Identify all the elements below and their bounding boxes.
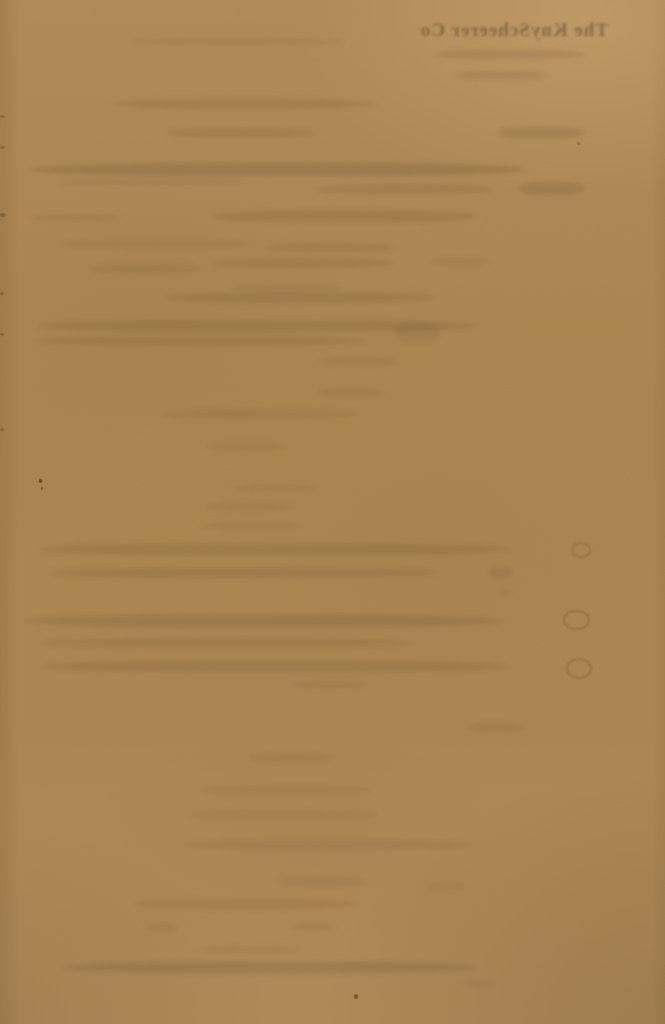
bleedthrough-title: The KnyScheerer Co bbox=[393, 20, 635, 46]
bleed-smudge bbox=[25, 614, 503, 628]
bleed-smudge bbox=[207, 442, 285, 451]
bleed-smudge bbox=[464, 980, 494, 987]
bleed-smudge bbox=[40, 543, 508, 556]
ink-speck bbox=[0, 213, 6, 217]
bleed-smudge bbox=[146, 923, 178, 932]
bleed-smudge bbox=[162, 409, 358, 419]
bleed-smudge bbox=[207, 503, 293, 511]
bleed-smudge bbox=[497, 127, 585, 139]
paper-grain-texture bbox=[0, 0, 665, 1024]
bleed-smudge bbox=[320, 357, 398, 366]
bleed-smudge bbox=[467, 722, 525, 733]
ring-mark bbox=[563, 610, 590, 630]
bleed-smudge bbox=[185, 840, 471, 849]
bleed-smudge bbox=[424, 883, 464, 890]
bleed-smudge bbox=[248, 753, 334, 762]
bleed-smudge bbox=[263, 243, 395, 252]
bleed-smudge bbox=[43, 660, 509, 673]
bleed-smudge bbox=[37, 336, 367, 346]
bleed-smudge bbox=[30, 214, 122, 221]
bleed-smudge bbox=[519, 182, 585, 195]
ring-mark bbox=[566, 658, 592, 679]
bleed-smudge bbox=[210, 211, 475, 222]
bleed-smudge bbox=[430, 258, 490, 266]
bleed-smudge bbox=[200, 522, 300, 529]
bleed-smudge bbox=[497, 589, 512, 596]
bleed-smudge bbox=[230, 284, 342, 291]
bleed-smudge bbox=[435, 50, 585, 59]
bleed-smudge bbox=[57, 240, 253, 248]
ink-speck bbox=[39, 479, 42, 483]
bleed-smudge bbox=[318, 388, 384, 397]
ink-speck bbox=[0, 333, 4, 336]
bleed-smudge bbox=[213, 258, 393, 268]
ink-speck bbox=[0, 428, 4, 431]
bleed-smudge bbox=[200, 786, 372, 794]
bleed-smudge bbox=[90, 264, 202, 274]
bleed-smudge bbox=[40, 638, 412, 648]
bleed-smudge bbox=[394, 323, 440, 343]
bleed-smudge bbox=[316, 185, 494, 194]
bleed-smudge bbox=[291, 924, 337, 931]
ink-speck bbox=[0, 115, 5, 118]
bleed-smudge bbox=[165, 292, 435, 303]
bleed-smudge bbox=[200, 946, 302, 953]
ring-mark bbox=[571, 542, 591, 558]
bleed-smudge bbox=[30, 163, 526, 176]
bleed-smudge bbox=[112, 99, 377, 109]
bleed-smudge bbox=[134, 899, 356, 909]
bleed-smudge bbox=[62, 962, 478, 973]
bleed-smudge bbox=[130, 38, 345, 45]
ink-speck bbox=[354, 994, 358, 999]
bleed-smudge bbox=[166, 128, 316, 138]
ink-speck bbox=[41, 487, 43, 490]
bleed-smudge bbox=[50, 567, 436, 578]
ink-speck bbox=[0, 146, 5, 149]
bleed-smudge bbox=[60, 179, 245, 185]
bleed-smudge bbox=[292, 680, 370, 689]
bleed-smudge bbox=[188, 811, 378, 819]
bleed-smudge bbox=[489, 567, 513, 578]
bleed-smudge bbox=[455, 71, 547, 80]
bleed-smudge bbox=[277, 877, 365, 886]
scanned-page: The KnyScheerer Co bbox=[0, 0, 665, 1024]
ink-speck bbox=[0, 292, 4, 295]
ink-speck bbox=[577, 142, 580, 145]
bleed-smudge bbox=[230, 484, 316, 492]
